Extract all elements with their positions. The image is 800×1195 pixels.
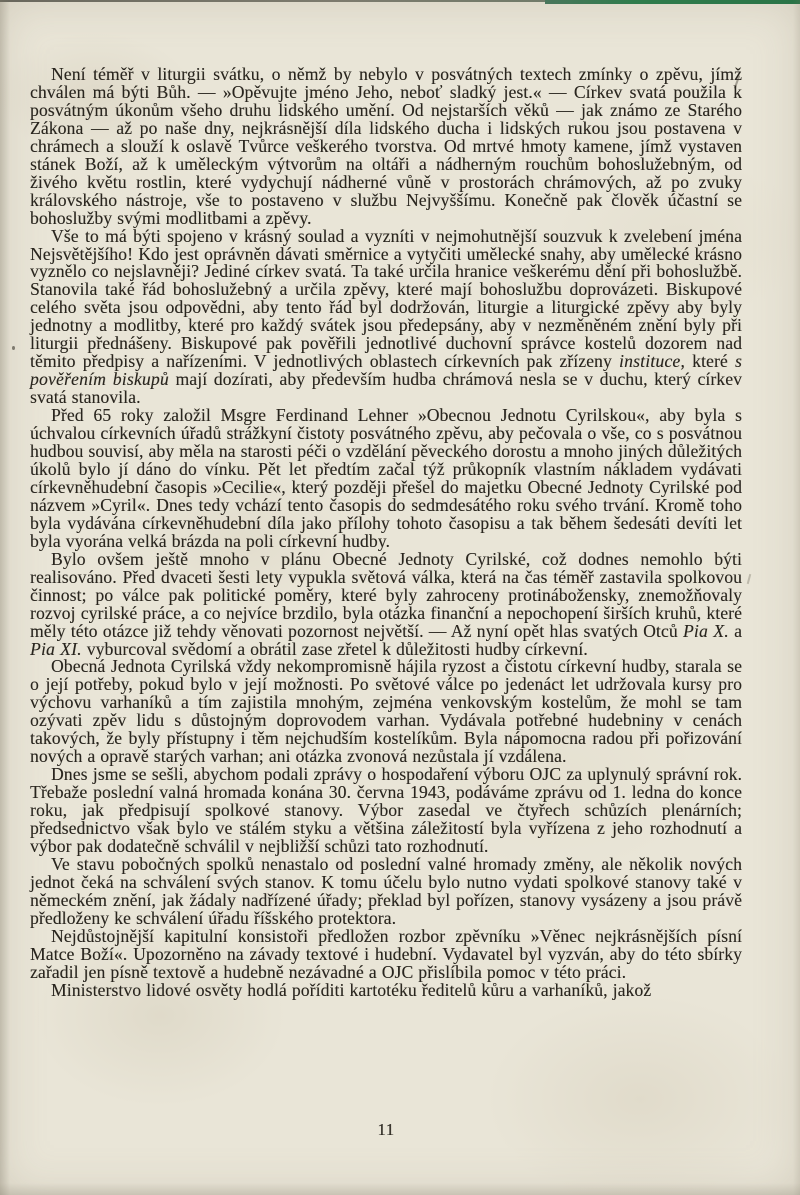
scan-edge-left: [0, 0, 10, 1195]
text-run: Nejdůstojnější kapitulní konsistoři před…: [30, 926, 742, 982]
scan-edge-top-green: [545, 0, 800, 4]
text-run: a: [729, 621, 742, 641]
paper-mark-dot: [12, 346, 15, 350]
italic-text-run: Pia X.: [683, 621, 729, 641]
text-run: Bylo ovšem ještě mnoho v plánu Obecné Je…: [30, 549, 742, 641]
page-number: 11: [30, 1120, 742, 1140]
paragraph: Obecná Jednota Cyrilská vždy nekompromis…: [30, 658, 742, 766]
paragraph: Ve stavu pobočných spolků nenastalo od p…: [30, 856, 742, 928]
paragraph: Před 65 roky založil Msgre Ferdinand Leh…: [30, 407, 742, 551]
scan-edge-bottom: [0, 1183, 800, 1195]
paragraph: Bylo ovšem ještě mnoho v plánu Obecné Je…: [30, 551, 742, 659]
text-run: Obecná Jednota Cyrilská vždy nekompromis…: [30, 656, 742, 766]
paragraph: Ministerstvo lidové osvěty hodlá pořídit…: [30, 982, 742, 1000]
scan-edge-right: [793, 0, 800, 1195]
scanned-page: Není téměř v liturgii svátku, o němž by …: [0, 0, 800, 1195]
scan-edge-top: [0, 0, 565, 2]
text-run: Ministerstvo lidové osvěty hodlá pořídit…: [51, 980, 651, 1000]
paragraph: Dnes jsme se sešli, abychom podali zpráv…: [30, 766, 742, 856]
text-run: Dnes jsme se sešli, abychom podali zpráv…: [30, 764, 742, 856]
paragraph: Nejdůstojnější kapitulní konsistoři před…: [30, 928, 742, 982]
text-run: Vše to má býti spojeno v krásný soulad a…: [30, 226, 742, 372]
paper-mark-smudge: [747, 574, 752, 584]
text-run: Před 65 roky založil Msgre Ferdinand Leh…: [30, 405, 742, 551]
paragraph: Vše to má býti spojeno v krásný soulad a…: [30, 228, 742, 408]
paragraph: Není téměř v liturgii svátku, o němž by …: [30, 66, 742, 228]
text-block: Není téměř v liturgii svátku, o němž by …: [30, 66, 742, 1000]
text-run: Ve stavu pobočných spolků nenastalo od p…: [30, 854, 742, 928]
text-run: Není téměř v liturgii svátku, o němž by …: [30, 64, 742, 228]
